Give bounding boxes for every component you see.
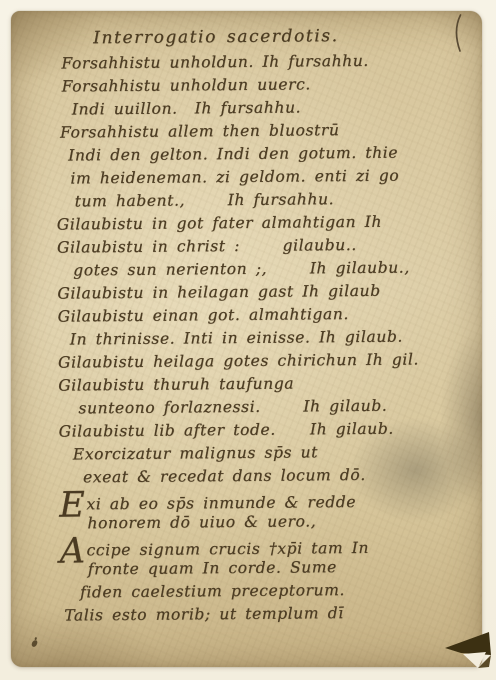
manuscript-line: Gilaubistu lib after tode. Ih gilaub. bbox=[59, 417, 460, 443]
manuscript-line-text: Gilaubistu lib after tode. Ih gilaub. bbox=[59, 420, 394, 441]
manuscript-line-text: Indi den gelton. Indi den gotum. thie bbox=[68, 144, 398, 165]
manuscript-line-text: In thrinisse. Inti in einisse. Ih gilaub… bbox=[70, 328, 403, 349]
manuscript-line: im heideneman. zi geldom. enti zi go bbox=[56, 164, 457, 190]
manuscript-line-text: im heideneman. zi geldom. enti zi go bbox=[70, 167, 399, 188]
manuscript-line-text: Gilaubistu heilaga gotes chirichun Ih gi… bbox=[58, 350, 419, 371]
manuscript-line-text: Forsahhistu unholdun uuerc. bbox=[62, 75, 311, 95]
manuscript-heading-line: Interrogatio sacerdotis. bbox=[55, 23, 456, 52]
manuscript-line-text: fiden caelestium preceptorum. bbox=[80, 581, 345, 601]
manuscript-line: honorem dō uiuo & uero., bbox=[59, 509, 460, 535]
manuscript-line-text: honorem dō uiuo & uero., bbox=[87, 512, 316, 532]
manuscript-line-text: Indi uuillon. Ih fursahhu. bbox=[72, 98, 301, 118]
manuscript-line: tum habent., Ih fursahhu. bbox=[57, 187, 458, 213]
manuscript-text: Interrogatio sacerdotis.Forsahhistu unho… bbox=[11, 7, 487, 628]
manuscript-line-text: Talis esto morib; ut templum dī bbox=[64, 604, 344, 624]
manuscript-line: Gilaubistu heilaga gotes chirichun Ih gi… bbox=[58, 348, 459, 374]
manuscript-line: Indi uuillon. Ih fursahhu. bbox=[56, 95, 457, 121]
manuscript-line-text: gotes sun nerienton ;, Ih gilaubu., bbox=[73, 259, 410, 280]
manuscript-line-text: exeat & recedat dans locum dō. bbox=[83, 466, 366, 486]
manuscript-line-text: Gilaubistu thuruh taufunga bbox=[58, 375, 294, 395]
manuscript-line: fronte quam In corde. Sume bbox=[60, 555, 461, 581]
manuscript-line: Indi den gelton. Indi den gotum. thie bbox=[56, 141, 457, 167]
page-corner-fold bbox=[445, 631, 493, 669]
manuscript-line: Forsahhistu unholdun uuerc. bbox=[56, 72, 457, 98]
manuscript-line: Talis esto morib; ut templum dī bbox=[60, 601, 461, 627]
manuscript-line-text: Exorcizatur malignus sp̄s ut bbox=[73, 443, 318, 463]
ink-speck bbox=[31, 639, 38, 647]
manuscript-line: Exi ab eo sp̄s inmunde & redde bbox=[59, 486, 460, 512]
manuscript-line-text: sunteono forlaznessi. Ih gilaub. bbox=[78, 397, 387, 418]
drop-cap-initial: E bbox=[59, 496, 85, 514]
drop-cap-initial: A bbox=[60, 542, 86, 560]
photo-background: Interrogatio sacerdotis.Forsahhistu unho… bbox=[0, 0, 496, 680]
manuscript-line: Exorcizatur malignus sp̄s ut bbox=[59, 440, 460, 466]
manuscript-line-text: tum habent., Ih fursahhu. bbox=[75, 190, 335, 210]
manuscript-line-text: Forsahhistu unholdun. Ih fursahhu. bbox=[61, 52, 369, 73]
manuscript-page: Interrogatio sacerdotis.Forsahhistu unho… bbox=[11, 11, 482, 667]
manuscript-line: Forsahhistu allem then bluostrū bbox=[56, 118, 457, 144]
manuscript-line-text: Gilaubistu in christ : gilaubu.. bbox=[57, 236, 357, 257]
manuscript-line-text: Gilaubistu in heilagan gast Ih gilaub bbox=[57, 282, 380, 303]
manuscript-line: Forsahhistu unholdun. Ih fursahhu. bbox=[55, 49, 456, 75]
manuscript-line: exeat & recedat dans locum dō. bbox=[59, 463, 460, 489]
manuscript-line-text: Gilaubistu einan got. almahtigan. bbox=[58, 305, 349, 326]
manuscript-line-text: Gilaubistu in got fater almahtigan Ih bbox=[57, 213, 382, 234]
manuscript-line: gotes sun nerienton ;, Ih gilaubu., bbox=[57, 256, 458, 282]
manuscript-line: fiden caelestium preceptorum. bbox=[60, 578, 461, 604]
manuscript-line: Accipe signum crucis †xp̄i tam In bbox=[60, 532, 461, 558]
manuscript-line-text: Forsahhistu allem then bluostrū bbox=[60, 121, 340, 141]
manuscript-line-text: Interrogatio sacerdotis. bbox=[93, 26, 339, 48]
manuscript-line-text: fronte quam In corde. Sume bbox=[88, 558, 337, 578]
